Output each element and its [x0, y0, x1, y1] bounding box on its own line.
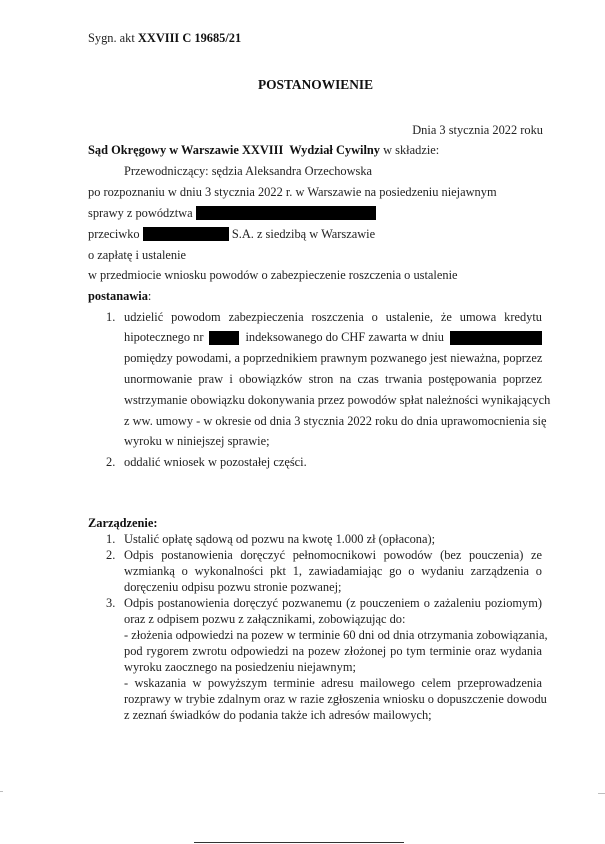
decides-colon: :: [148, 289, 151, 303]
order-item-1-text: Ustalić opłatę sądową od pozwu na kwotę …: [124, 532, 435, 547]
redacted-defendant: [143, 227, 229, 241]
case-reference: Sygn. akt XXVIII C 19685/21: [88, 31, 241, 46]
decides-label: postanawia: [88, 289, 148, 303]
order-heading: Zarządzenie:: [88, 516, 158, 531]
case-ref-number: XXVIII C 19685/21: [138, 31, 241, 45]
order-item-2-line-3: doręczeniu odpisu pozwu stronie pozwanej…: [124, 580, 341, 595]
defendant-label: przeciwko: [88, 227, 140, 241]
ruling-item-1-number: 1.: [106, 310, 115, 325]
order-item-3-number: 3.: [106, 596, 115, 611]
case-subject: o zapłatę i ustalenie: [88, 248, 186, 263]
document-date: Dnia 3 stycznia 2022 roku: [412, 123, 543, 138]
defendant-suffix: S.A. z siedzibą w Warszawie: [232, 227, 375, 241]
case-ref-prefix: Sygn. akt: [88, 31, 138, 45]
ruling-item-2-text: oddalić wniosek w pozostałej części.: [124, 455, 307, 470]
order-item-3-line-1: Odpis postanowienia doręczyć pozwanemu (…: [124, 596, 542, 611]
order-item-2-line-2: wzmianką o wykonalności pkt 1, zawiadami…: [124, 564, 542, 579]
order-item-3-line-4: pod rygorem zwrotu odpowiedzi na pozew z…: [124, 644, 542, 659]
ruling-item-1-line-6: z ww. umowy - w okresie od dnia 3 styczn…: [124, 414, 542, 429]
order-item-3-line-8: z zeznań świadków do podania także ich a…: [124, 708, 432, 723]
signature-line: [194, 842, 404, 843]
ruling-item-1-line-3: pomiędzy powodami, a poprzednikiem prawn…: [124, 351, 542, 366]
hearing-info: po rozpoznaniu w dniu 3 stycznia 2022 r.…: [88, 185, 497, 200]
court-composition: Sąd Okręgowy w Warszawie XXVIII Wydział …: [88, 143, 439, 158]
plaintiff-line: sprawy z powództwa: [88, 206, 376, 221]
motion-subject: w przedmiocie wniosku powodów o zabezpie…: [88, 268, 458, 283]
redacted-contract-date: [450, 331, 542, 345]
page-margin-mark-left: [0, 791, 3, 792]
ruling-item-1-line-5: wstrzymanie obowiązku dokonywania przez …: [124, 393, 542, 408]
order-item-3-line-2: oraz z odpisem pozwu z załącznikami, zob…: [124, 612, 405, 627]
document-title: POSTANOWIENIE: [0, 77, 605, 93]
defendant-line: przeciwko S.A. z siedzibą w Warszawie: [88, 227, 375, 242]
order-item-3-line-5: wyroku zaocznego na posiedzeniu niejawny…: [124, 660, 356, 675]
ruling-text: indeksowanego do CHF zawarta w dniu: [245, 330, 444, 345]
ruling-text: udzielić powodom zabezpieczenia roszczen…: [124, 310, 542, 325]
order-item-3-line-7: rozprawy w trybie zdalnym oraz w razie z…: [124, 692, 542, 707]
order-item-2-number: 2.: [106, 548, 115, 563]
ruling-text: hipotecznego nr: [124, 330, 203, 345]
ruling-item-1-line-7: wyroku w niniejszej sprawie;: [124, 434, 270, 449]
presiding-judge: Przewodniczący: sędzia Aleksandra Orzech…: [124, 164, 372, 179]
ruling-item-1-line-2: hipotecznego nr indeksowanego do CHF zaw…: [124, 330, 542, 345]
ruling-item-1-line-4: unormowanie praw i obowiązków stron na c…: [124, 372, 542, 387]
court-suffix: w składzie:: [380, 143, 439, 157]
order-item-3-line-6: - wskazania w powyższym terminie adresu …: [124, 676, 542, 691]
ruling-item-2-number: 2.: [106, 455, 115, 470]
redacted-plaintiff: [196, 206, 376, 220]
page-margin-mark-right: [598, 793, 605, 794]
plaintiff-label: sprawy z powództwa: [88, 206, 193, 220]
court-name: Sąd Okręgowy w Warszawie XXVIII Wydział …: [88, 143, 380, 157]
redacted-loan-number: [209, 331, 239, 345]
order-item-1-number: 1.: [106, 532, 115, 547]
decides-line: postanawia:: [88, 289, 151, 304]
order-item-3-line-3: - złożenia odpowiedzi na pozew w termini…: [124, 628, 542, 643]
order-item-2-line-1: Odpis postanowienia doręczyć pełnomocnik…: [124, 548, 542, 563]
ruling-item-1-line-1: udzielić powodom zabezpieczenia roszczen…: [124, 310, 542, 325]
